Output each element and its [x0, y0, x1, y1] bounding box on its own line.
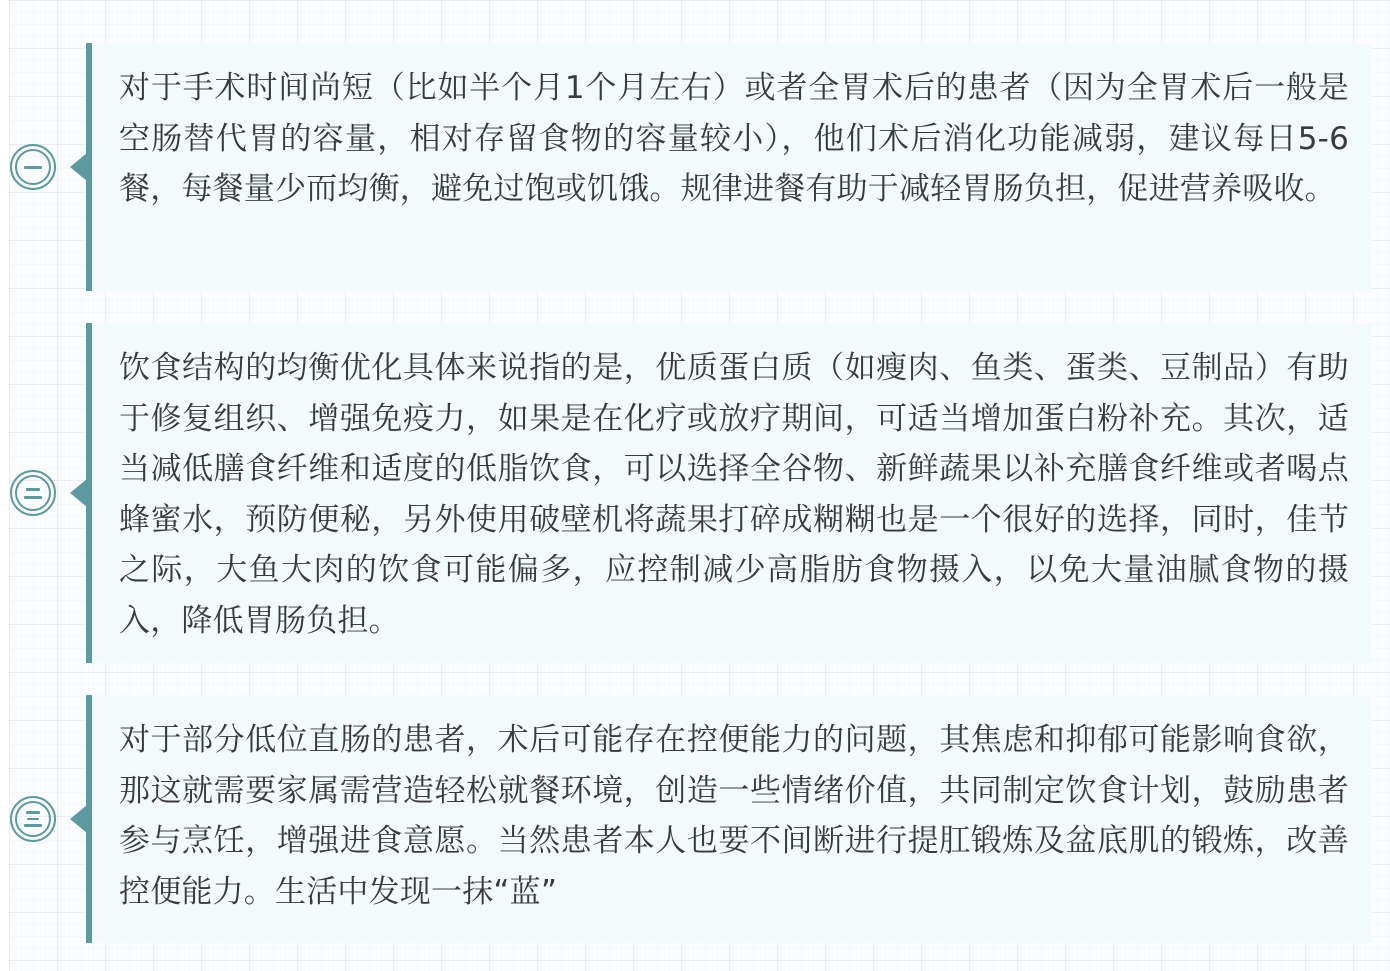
section-text: 对于部分低位直肠的患者，术后可能存在控便能力的问题，其焦虑和抑郁可能影响食欲，那…	[119, 715, 1349, 917]
section-1: 对于手术时间尚短（比如半个月1个月左右）或者全胃术后的患者（因为全胃术后一般是空…	[9, 43, 1390, 291]
section-text: 饮食结构的均衡优化具体来说指的是，优质蛋白质（如瘦肉、鱼类、蛋类、豆制品）有助于…	[119, 343, 1349, 646]
circled-number-three-icon	[10, 796, 56, 842]
circled-number-one-icon	[10, 144, 56, 190]
section-2: 饮食结构的均衡优化具体来说指的是，优质蛋白质（如瘦肉、鱼类、蛋类、豆制品）有助于…	[9, 323, 1390, 663]
section-card: 对于部分低位直肠的患者，术后可能存在控便能力的问题，其焦虑和抑郁可能影响食欲，那…	[86, 695, 1371, 943]
section-3: 对于部分低位直肠的患者，术后可能存在控便能力的问题，其焦虑和抑郁可能影响食欲，那…	[9, 695, 1390, 943]
section-card: 对于手术时间尚短（比如半个月1个月左右）或者全胃术后的患者（因为全胃术后一般是空…	[86, 43, 1371, 291]
pointer-arrow-icon	[70, 479, 87, 507]
section-text: 对于手术时间尚短（比如半个月1个月左右）或者全胃术后的患者（因为全胃术后一般是空…	[119, 63, 1349, 215]
section-card: 饮食结构的均衡优化具体来说指的是，优质蛋白质（如瘦肉、鱼类、蛋类、豆制品）有助于…	[86, 323, 1371, 663]
article-page: 对于手术时间尚短（比如半个月1个月左右）或者全胃术后的患者（因为全胃术后一般是空…	[9, 0, 1390, 971]
circled-number-two-icon	[10, 470, 56, 516]
pointer-arrow-icon	[70, 805, 87, 833]
pointer-arrow-icon	[70, 153, 87, 181]
